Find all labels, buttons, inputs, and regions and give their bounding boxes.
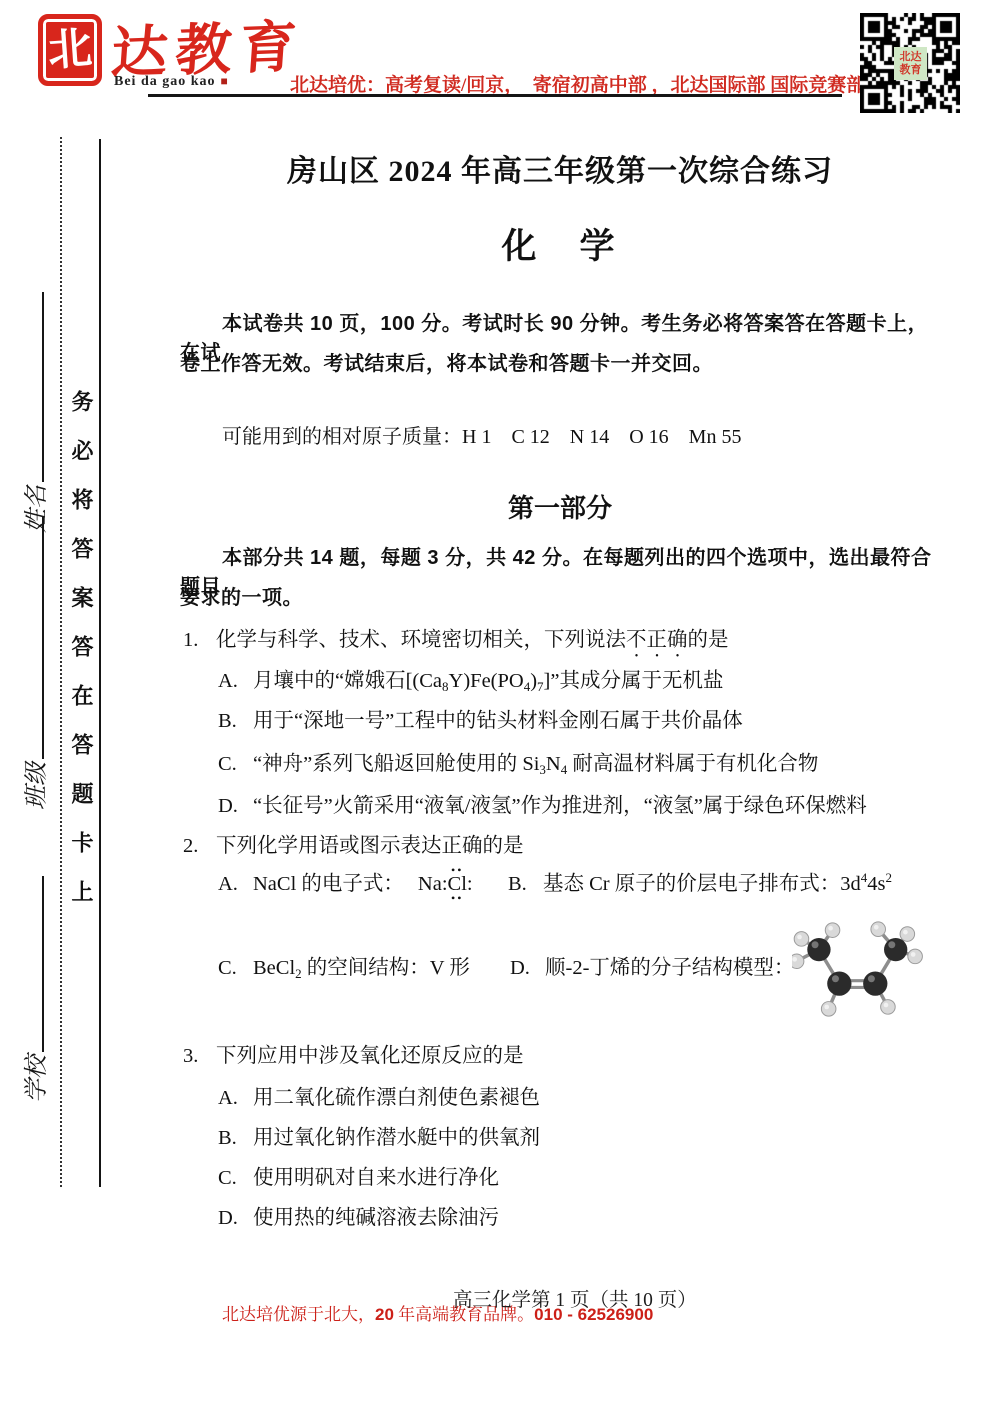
qr-center-label: 北达 教育: [894, 47, 927, 80]
vertical-notice: 务必将答案答在答题卡上: [66, 390, 97, 929]
exam-subject: 化 学: [180, 219, 940, 269]
question-2-stem: 2.下列化学用语或图示表达正确的是: [183, 828, 524, 858]
exam-title: 房山区 2024 年高三年级第一次综合练习: [180, 146, 940, 190]
brand-pinyin: Bei da gao kao■: [114, 74, 229, 90]
intro-line-2: 卷上作答无效。考试结束后，将本试卷和答题卡一并交回。: [180, 347, 942, 376]
exam-page: 北 达教育 Bei da gao kao■ 北达培优：高考复读/回京， 寄宿初高…: [0, 0, 992, 1403]
question-2-option-d: D.顺-2-丁烯的分子结构模型：: [510, 950, 794, 980]
margin-rule: [99, 139, 101, 1187]
question-2-option-b: B.基态 Cr 原子的价层电子排布式：3d44s2: [508, 866, 892, 896]
class-field: 班级: [16, 516, 51, 810]
question-1-option-d: D.“长征号”火箭采用“液氧/液氢”作为推进剂，“液氢”属于绿色环保燃料: [218, 788, 867, 818]
school-field-label: 学校: [24, 1055, 50, 1103]
name-blank-line: [36, 292, 44, 482]
question-3-option-b: B.用过氧化钠作潜水艇中的供氧剂: [218, 1120, 540, 1150]
question-1-number: 1.: [183, 629, 216, 652]
brand-seal-logo: 北: [38, 14, 102, 86]
perforation-dotted-line: [60, 137, 62, 1187]
brand-tagline: 北达培优：高考复读/回京， 寄宿初高中部 ，北达国际部 国际竞赛部: [290, 70, 865, 97]
name-field: 姓名: [16, 292, 51, 533]
school-blank-line: [36, 876, 44, 1052]
school-field: 学校: [16, 876, 51, 1103]
question-1-option-c: C.“神舟”系列飞船返回舱使用的 Si3N4 耐高温材料属于有机化合物: [218, 746, 818, 776]
atomic-masses-line: 可能用到的相对原子质量：H 1 C 12 N 14 O 16 Mn 55: [222, 420, 741, 449]
question-3-option-a: A.用二氧化硫作漂白剂使色素褪色: [218, 1080, 540, 1110]
nacl-electron-formula: Na:Cl:: [418, 873, 473, 896]
red-square-icon: ■: [221, 74, 229, 88]
header-rule: [148, 94, 842, 97]
question-3-option-c: C.使用明矾对自来水进行净化: [218, 1160, 499, 1190]
hydrogen-highlights: [792, 925, 915, 1009]
hydrogen-atoms: [792, 922, 922, 1016]
question-2-option-c: C.BeCl2 的空间结构：V 形: [218, 950, 470, 980]
question-2-number: 2.: [183, 835, 216, 858]
question-3-stem: 3.下列应用中涉及氧化还原反应的是: [183, 1038, 524, 1068]
cis-2-butene-model: [792, 902, 978, 1038]
class-field-label: 班级: [24, 762, 50, 810]
class-blank-line: [36, 516, 44, 759]
question-2-option-a: A.NaCl 的电子式：Na:Cl:: [218, 866, 473, 896]
page-number: 高三化学第 1 页（共 10 页）: [453, 1284, 697, 1312]
seal-character: 北: [47, 27, 94, 74]
question-1-stem: 1.化学与科学、技术、环境密切相关，下列说法不正确的是: [183, 622, 729, 662]
part1-desc-line-2: 要求的一项。: [180, 581, 942, 610]
question-3-option-d: D.使用热的纯碱溶液去除油污: [218, 1200, 499, 1230]
question-1-option-b: B.用于“深地一号”工程中的钻头材料金刚石属于共价晶体: [218, 703, 743, 733]
question-3-number: 3.: [183, 1045, 216, 1068]
question-1-option-a: A.月壤中的“嫦娥石[(Ca8Y)Fe(PO4)7]”其成分属于无机盐: [218, 663, 723, 693]
part1-heading: 第一部分: [180, 488, 940, 525]
